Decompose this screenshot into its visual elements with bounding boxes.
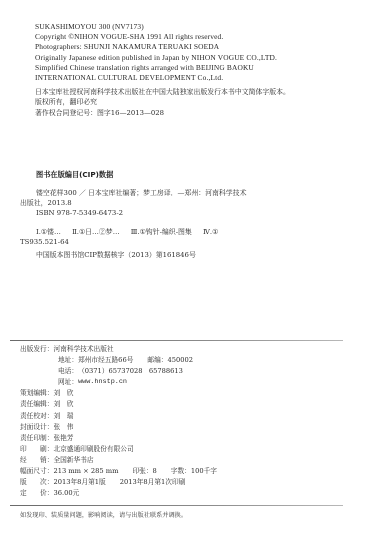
cip-classification: Ⅰ.①镂… Ⅱ.①日…②梦… Ⅲ.①钩针-编织-图集 Ⅳ.① (20, 227, 275, 237)
license-line: 日本宝库社授权河南科学技术出版社在中国大陆独家出版发行本书中文简体字版本。 (35, 87, 290, 97)
copyright-line: Simplified Chinese translation rights ar… (35, 63, 277, 73)
publisher-label: 出版发行： (20, 344, 53, 355)
credit-label: 策划编辑： (20, 388, 53, 399)
edition-label: 版 次： (20, 477, 53, 488)
credit-value: 刘 瑞 (53, 411, 73, 422)
website-link[interactable]: www.hnstp.cn (78, 377, 127, 388)
words-value: 100千字 (191, 466, 217, 477)
copyright-line: SUKASHIMOYOU 300 (NV7173) (35, 22, 277, 32)
price-label: 定 价： (20, 488, 53, 499)
format-row: 幅面尺寸： 213 mm × 285 mm 印张： 8 字数： 100千字 (20, 466, 217, 477)
address-value: 郑州市经五路66号 (78, 355, 133, 366)
postcode-value: 450002 (167, 355, 193, 366)
cip-class-item: Ⅱ.①日…②梦… (72, 228, 120, 236)
copyright-line: Originally Japanese edition published in… (35, 53, 277, 63)
cip-class-number: TS935.521-64 (20, 237, 275, 247)
price-value: 36.00元 (53, 488, 79, 499)
price-row: 定 价： 36.00元 (20, 488, 217, 499)
copyright-line: INTERNATIONAL CULTURAL DEVELOPMENT Co.,L… (35, 73, 277, 83)
address-label: 地址： (58, 355, 78, 366)
credit-label: 责任编辑： (20, 399, 53, 410)
address-row: 地址： 郑州市经五路66号 邮编： 450002 (20, 355, 217, 366)
cip-isbn: ISBN 978-7-5349-6473-2 (20, 208, 275, 218)
divider-bottom (10, 505, 343, 506)
credit-label: 封面设计： (20, 422, 53, 433)
license-line: 著作权合同登记号：图字16—2013—028 (35, 108, 290, 118)
copyright-line: Photographers: SHUNJI NAKAMURA TERUAKI S… (35, 42, 277, 52)
sheets-label: 印张： (132, 466, 152, 477)
publisher-block: 出版发行： 河南科学技术出版社 地址： 郑州市经五路66号 邮编： 450002… (20, 344, 217, 499)
credit-row: 封面设计： 张 伟 (20, 422, 217, 433)
divider-top (10, 340, 343, 341)
cip-class-item: Ⅳ.① (203, 228, 218, 236)
credit-value: 刘 欣 (53, 399, 73, 410)
printing-value: 2013年8月第1次印刷 (120, 477, 186, 488)
cip-body: 镂空花样300 ／ 日本宝库社编著；梦工房译．—郑州：河南科学技术 出版社，20… (20, 188, 275, 247)
copyright-line: Copyright ©NIHON VOGUE-SHA 1991 All righ… (35, 32, 277, 42)
credit-value: 全国新华书店 (53, 455, 93, 466)
edition-row: 版 次： 2013年8月第1版 2013年8月第1次印刷 (20, 477, 217, 488)
cip-class-item: Ⅰ.①镂… (36, 228, 61, 236)
cip-entry-line: 镂空花样300 ／ 日本宝库社编著；梦工房译．—郑州：河南科学技术 (20, 188, 275, 198)
phone-label: 电话： (58, 366, 78, 377)
license-chinese-block: 日本宝库社授权河南科学技术出版社在中国大陆独家出版发行本书中文简体字版本。 版权… (35, 87, 290, 118)
credit-value: 张 伟 (53, 422, 73, 433)
cip-title: 图书在版编目(CIP)数据 (36, 170, 113, 180)
website-label: 网址： (58, 377, 78, 388)
format-label: 幅面尺寸： (20, 466, 53, 477)
credit-label: 责任校对： (20, 411, 53, 422)
words-label: 字数： (171, 466, 191, 477)
phone-value: （0371）65737028 65788613 (78, 366, 183, 377)
cip-class-item: Ⅲ.①钩针-编织-图集 (131, 228, 192, 236)
publisher-row: 出版发行： 河南科学技术出版社 (20, 344, 217, 355)
credit-label: 责任印制： (20, 433, 53, 444)
credit-row: 责任印制： 张艳芳 (20, 433, 217, 444)
credit-label: 印 刷： (20, 444, 53, 455)
license-line: 版权所有，翻印必究 (35, 97, 290, 107)
credit-row: 策划编辑： 刘 欣 (20, 388, 217, 399)
credit-row: 责任校对： 刘 瑞 (20, 411, 217, 422)
copyright-english-block: SUKASHIMOYOU 300 (NV7173) Copyright ©NIH… (35, 22, 277, 83)
cip-record-number: 中国版本图书馆CIP数据核字（2013）第161846号 (36, 249, 196, 259)
publisher-value: 河南科学技术出版社 (53, 344, 113, 355)
phone-row: 电话： （0371）65737028 65788613 (20, 366, 217, 377)
cip-entry-line: 出版社，2013.8 (20, 198, 275, 208)
format-value: 213 mm × 285 mm (53, 466, 118, 477)
credit-row: 经 销： 全国新华书店 (20, 455, 217, 466)
edition-value: 2013年8月第1版 (53, 477, 105, 488)
website-row: 网址： www.hnstp.cn (20, 377, 217, 388)
postcode-label: 邮编： (147, 355, 167, 366)
credit-value: 张艳芳 (53, 433, 73, 444)
credit-value: 北京盛通印刷股份有限公司 (53, 444, 133, 455)
credit-value: 刘 欣 (53, 388, 73, 399)
credit-label: 经 销： (20, 455, 53, 466)
quality-notice: 如发现印、装质量问题，影响阅读，请与出版社联系并调换。 (20, 510, 187, 519)
credit-row: 责任编辑： 刘 欣 (20, 399, 217, 410)
credit-row: 印 刷： 北京盛通印刷股份有限公司 (20, 444, 217, 455)
